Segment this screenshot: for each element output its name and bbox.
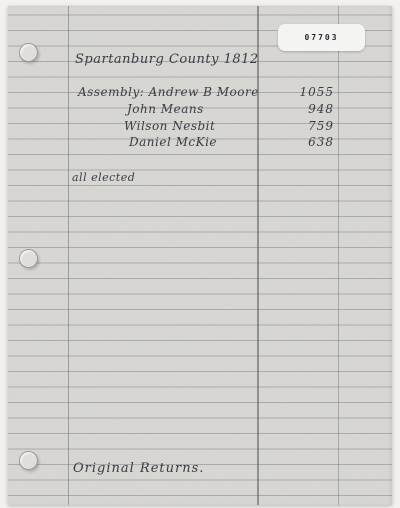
vote-count: 759	[260, 119, 334, 133]
footer-note: Original Returns.	[73, 461, 204, 476]
candidate-name: Daniel McKie	[129, 135, 217, 149]
ledger-row: Assembly: Andrew B Moore 1055	[8, 85, 392, 101]
ledger-row: John Means 948	[8, 102, 392, 118]
catalog-label: 07703	[278, 24, 365, 51]
page-title: Spartanburg County 1812	[75, 52, 259, 67]
right-column-line	[338, 6, 339, 505]
ledger-row: Daniel McKie 638	[8, 135, 392, 151]
office-and-candidate: Assembly: Andrew B Moore	[78, 85, 259, 99]
candidate-name: Wilson Nesbit	[124, 119, 215, 133]
vote-count: 948	[260, 102, 334, 116]
candidate-name: John Means	[127, 102, 204, 116]
punch-hole-top	[19, 43, 38, 62]
ledger-page: 07703 Spartanburg County 1812 Assembly: …	[8, 6, 392, 505]
vote-count: 638	[260, 135, 334, 149]
left-margin-line	[68, 6, 69, 505]
ledger-row: Wilson Nesbit 759	[8, 119, 392, 135]
punch-hole-middle	[19, 249, 38, 268]
ruled-lines	[8, 6, 392, 505]
punch-hole-bottom	[19, 451, 38, 470]
elected-note: all elected	[72, 171, 135, 184]
candidate-name: Andrew B Moore	[149, 85, 259, 99]
catalog-number: 07703	[304, 33, 338, 42]
center-column-line	[257, 6, 259, 505]
vote-count: 1055	[260, 85, 334, 99]
office-label: Assembly:	[78, 85, 144, 99]
